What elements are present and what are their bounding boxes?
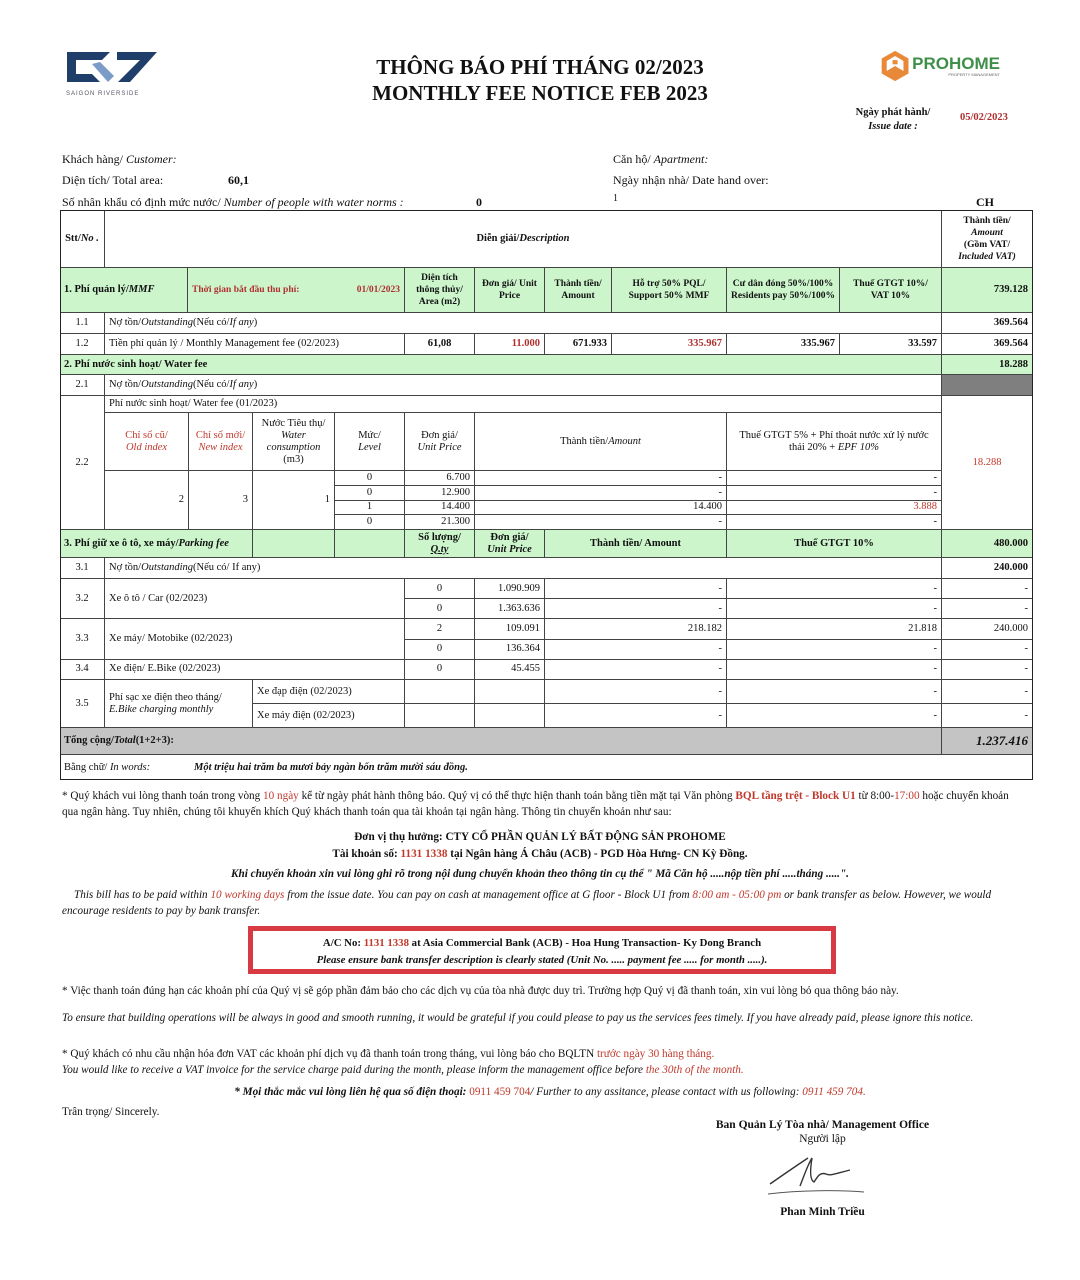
grand-total-value: 1.237.416 — [942, 728, 1033, 755]
col-residents: Cư dân đóng 50%/100% Residents pay 50%/1… — [727, 268, 840, 313]
apartment-label: Căn hộ/ Apartment: — [613, 152, 708, 167]
in-words-label: Bằng chữ/ In words: — [64, 762, 194, 774]
col-price: Đơn giá/Unit Price — [405, 413, 475, 471]
row-price — [475, 680, 545, 704]
tier-price: 14.400 — [405, 501, 475, 516]
col-unit-price: Đơn giá/ Unit Price — [475, 268, 545, 313]
consumption: 1 — [253, 471, 335, 530]
prohome-logo-text: PROHOME — [912, 55, 1000, 72]
row-no: 3.2 — [60, 579, 105, 619]
tier-price: 21.300 — [405, 515, 475, 530]
row-vat: 21.818 — [727, 619, 942, 639]
row-total: - — [942, 660, 1033, 680]
row-total: - — [942, 704, 1033, 728]
people-value: 0 — [476, 195, 482, 210]
vat-note-en: You would like to receive a VAT invoice … — [62, 1062, 1022, 1078]
row-no: 3.4 — [60, 660, 105, 680]
row-qty — [405, 680, 475, 704]
transfer-note: Khi chuyển khoản xin vui lòng ghi rõ tro… — [0, 866, 1080, 882]
row-amount: - — [545, 680, 727, 704]
col-head-amount: Thành tiền/Amount(Gồm VAT/Included VAT) — [942, 210, 1033, 268]
row-no: 2.1 — [60, 375, 105, 396]
row-unit-price: 11.000 — [475, 334, 545, 355]
row-area: 61,08 — [405, 334, 475, 355]
row-price — [475, 704, 545, 728]
issue-date: 05/02/2023 — [960, 112, 1008, 123]
old-index: 2 — [105, 471, 189, 530]
account-line: Tài khoản số: 1131 1338 tại Ngân hàng Á … — [0, 846, 1080, 862]
issue-date-label: Ngày phát hành/ Issue date : — [838, 106, 948, 134]
row-residents: 335.967 — [727, 334, 840, 355]
section1-total: 739.128 — [942, 268, 1033, 313]
area-value: 60,1 — [228, 173, 249, 188]
area-label: Diện tích/ Total area: — [62, 173, 163, 188]
col-amount: Thành tiền/ Amount — [545, 530, 727, 558]
col-qty: Số lượng/Q.ty — [405, 530, 475, 558]
tier-tax: - — [727, 515, 942, 530]
col-new-index: Chỉ số mới/New index — [189, 413, 253, 471]
row-support: 335.967 — [612, 334, 727, 355]
row-vat: - — [727, 640, 942, 660]
row-desc: Tiền phí quản lý / Monthly Management fe… — [105, 334, 405, 355]
row-total: - — [942, 640, 1033, 660]
row-qty: 2 — [405, 619, 475, 639]
bank-transfer-note: Please ensure bank transfer description … — [253, 952, 831, 969]
row-no: 3.1 — [60, 558, 105, 579]
sincerely: Trân trọng/ Sincerely. — [62, 1104, 159, 1120]
tier-amount: 14.400 — [475, 501, 727, 516]
row-total: 369.564 — [942, 334, 1033, 355]
col-area: Diện tích thông thủy/ Area (m2) — [405, 268, 475, 313]
row-no: 1.2 — [60, 334, 105, 355]
row-vat: 33.597 — [840, 334, 942, 355]
signature-role: Người lập — [690, 1133, 955, 1145]
col-consumption: Nước Tiêu thụ/Water consumption(m3) — [253, 413, 335, 471]
unit-type: CH — [976, 195, 994, 210]
grand-total-label: Tổng cộng/ Total (1+2+3): — [60, 728, 942, 755]
row-amount: - — [545, 660, 727, 680]
vat-note-vi: * Quý khách có nhu cầu nhận hóa đơn VAT … — [62, 1046, 1022, 1062]
col-water-tax: Thuế GTGT 5% + Phí thoát nước xử lý nước… — [727, 413, 942, 471]
row-amount: - — [545, 579, 727, 599]
row-desc: Xe máy/ Motobike (02/2023) — [105, 619, 405, 659]
row-amount: - — [545, 640, 727, 660]
in-words-value: Một triệu hai trăm ba mươi bảy ngàn bốn … — [194, 762, 468, 774]
row-sub-desc: Xe đạp điện (02/2023) — [253, 680, 405, 704]
section1-start: Thời gian bắt đầu thu phí:01/01/2023 — [188, 268, 405, 313]
row-total: 240.000 — [942, 619, 1033, 639]
row-vat: - — [727, 704, 942, 728]
people-label: Số nhân khẩu có định mức nước/ Number of… — [62, 195, 404, 210]
tier-level: 0 — [335, 515, 405, 530]
row-desc: Xe ô tô / Car (02/2023) — [105, 579, 405, 619]
row-qty: 0 — [405, 660, 475, 680]
row-no: 1.1 — [60, 313, 105, 334]
bank-account-line: A/C No: 1131 1338 at Asia Commercial Ban… — [253, 935, 831, 952]
tier-tax: - — [727, 486, 942, 501]
bank-account-box: A/C No: 1131 1338 at Asia Commercial Ban… — [248, 926, 836, 974]
col-vat: Thuế GTGT 10%/ VAT 10% — [840, 268, 942, 313]
row-total: 240.000 — [942, 558, 1033, 579]
row-total: - — [942, 579, 1033, 599]
tier-amount: - — [475, 471, 727, 486]
tier-amount: - — [475, 515, 727, 530]
ontime-note-vi: * Việc thanh toán đúng hạn các khoản phí… — [62, 983, 1022, 999]
section2-title: 2. Phí nước sinh hoạt/ Water fee — [60, 355, 942, 375]
row-desc: Phí sạc xe điện theo tháng/E.Bike chargi… — [105, 680, 253, 728]
in-words: Bằng chữ/ In words: Một triệu hai trăm b… — [60, 755, 1033, 780]
row-vat: - — [727, 660, 942, 680]
col-head-stt: Stt/ No . — [60, 210, 105, 268]
row-qty: 0 — [405, 579, 475, 599]
prohome-logo: PROHOME PROPERTY MANAGEMENT — [880, 44, 1000, 88]
signature-icon — [760, 1150, 870, 1200]
tier-level: 0 — [335, 471, 405, 486]
signature-office: Ban Quản Lý Tòa nhà/ Management Office — [690, 1119, 955, 1131]
row-total: - — [942, 599, 1033, 619]
ontime-note-en: To ensure that building operations will … — [62, 1010, 1012, 1026]
col-amount: Thành tiền/ Amount — [545, 268, 612, 313]
section3-blank — [253, 530, 335, 558]
col-price: Đơn giá/Unit Price — [475, 530, 545, 558]
handover-label: Ngày nhận nhà/ Date hand over: — [613, 173, 769, 188]
row-total: - — [942, 680, 1033, 704]
col-head-desc: Diễn giải/ Description — [105, 210, 942, 268]
section2-total: 18.288 — [942, 355, 1033, 375]
row-sub-desc: Xe máy điện (02/2023) — [253, 704, 405, 728]
row-price: 1.363.636 — [475, 599, 545, 619]
row-qty: 0 — [405, 599, 475, 619]
row-price: 45.455 — [475, 660, 545, 680]
row-qty — [405, 704, 475, 728]
section1-title: 1. Phí quản lý/ MMF — [60, 268, 188, 313]
row-desc: Xe điện/ E.Bike (02/2023) — [105, 660, 405, 680]
row-desc: Nợ tồn/ Outstanding (Nếu có/ If any ) — [105, 313, 942, 334]
payment-note-vi: * Quý khách vui lòng thanh toán trong vò… — [62, 788, 1022, 820]
col-support: Hỗ trợ 50% PQL/ Support 50% MMF — [612, 268, 727, 313]
contact-note: * Mọi thắc mắc vui lòng liên hệ qua số đ… — [0, 1084, 1080, 1100]
col-old-index: Chỉ số cũ/Old index — [105, 413, 189, 471]
tier-amount: - — [475, 486, 727, 501]
payment-note-en: This bill has to be paid within 10 worki… — [62, 887, 1012, 919]
row-desc: Nợ tồn/ Outstanding (Nếu có/ If any ) — [105, 375, 942, 396]
col-level: Mức/Level — [335, 413, 405, 471]
row-amount: - — [545, 599, 727, 619]
water-total: 18.288 — [942, 396, 1033, 530]
row-no: 3.3 — [60, 619, 105, 659]
row-desc: Nợ tồn/Outstanding (Nếu có/ If any) — [105, 558, 942, 579]
tier-tax: - — [727, 471, 942, 486]
tier-level: 1 — [335, 501, 405, 516]
tier-tax: 3.888 — [727, 501, 942, 516]
tier-price: 6.700 — [405, 471, 475, 486]
fee-table: Stt/ No . Diễn giải/ Description Thành t… — [60, 210, 1033, 780]
row-amount: 671.933 — [545, 334, 612, 355]
tier-price: 12.900 — [405, 486, 475, 501]
row-vat: - — [727, 579, 942, 599]
row-price: 1.090.909 — [475, 579, 545, 599]
new-index: 3 — [189, 471, 253, 530]
col-vat: Thuế GTGT 10% — [727, 530, 942, 558]
row-no: 3.5 — [60, 680, 105, 728]
col-water-amount: Thành tiền/ Amount — [475, 413, 727, 471]
row-price: 136.364 — [475, 640, 545, 660]
row-no: 2.2 — [60, 396, 105, 530]
row-vat: - — [727, 599, 942, 619]
section3-blank — [335, 530, 405, 558]
water-subtitle: Phí nước sinh hoạt/ Water fee (01/2023) — [105, 396, 942, 413]
section3-title: 3. Phí giữ xe ô tô, xe máy/ Parking fee — [60, 530, 253, 558]
section3-total: 480.000 — [942, 530, 1033, 558]
signature-name: Phan Minh Triều — [690, 1206, 955, 1218]
misc-value: 1 — [613, 193, 618, 204]
row-amount: 218.182 — [545, 619, 727, 639]
prohome-house-icon — [880, 46, 910, 86]
customer-label: Khách hàng/ Customer: — [62, 152, 177, 167]
beneficiary: Đơn vị thụ hưởng: CTY CỔ PHẦN QUẢN LÝ BẤ… — [0, 829, 1080, 845]
row-vat: - — [727, 680, 942, 704]
tier-level: 0 — [335, 486, 405, 501]
row-price: 109.091 — [475, 619, 545, 639]
row-amount: - — [545, 704, 727, 728]
row-total-blank — [942, 375, 1033, 396]
row-total: 369.564 — [942, 313, 1033, 334]
row-qty: 0 — [405, 640, 475, 660]
